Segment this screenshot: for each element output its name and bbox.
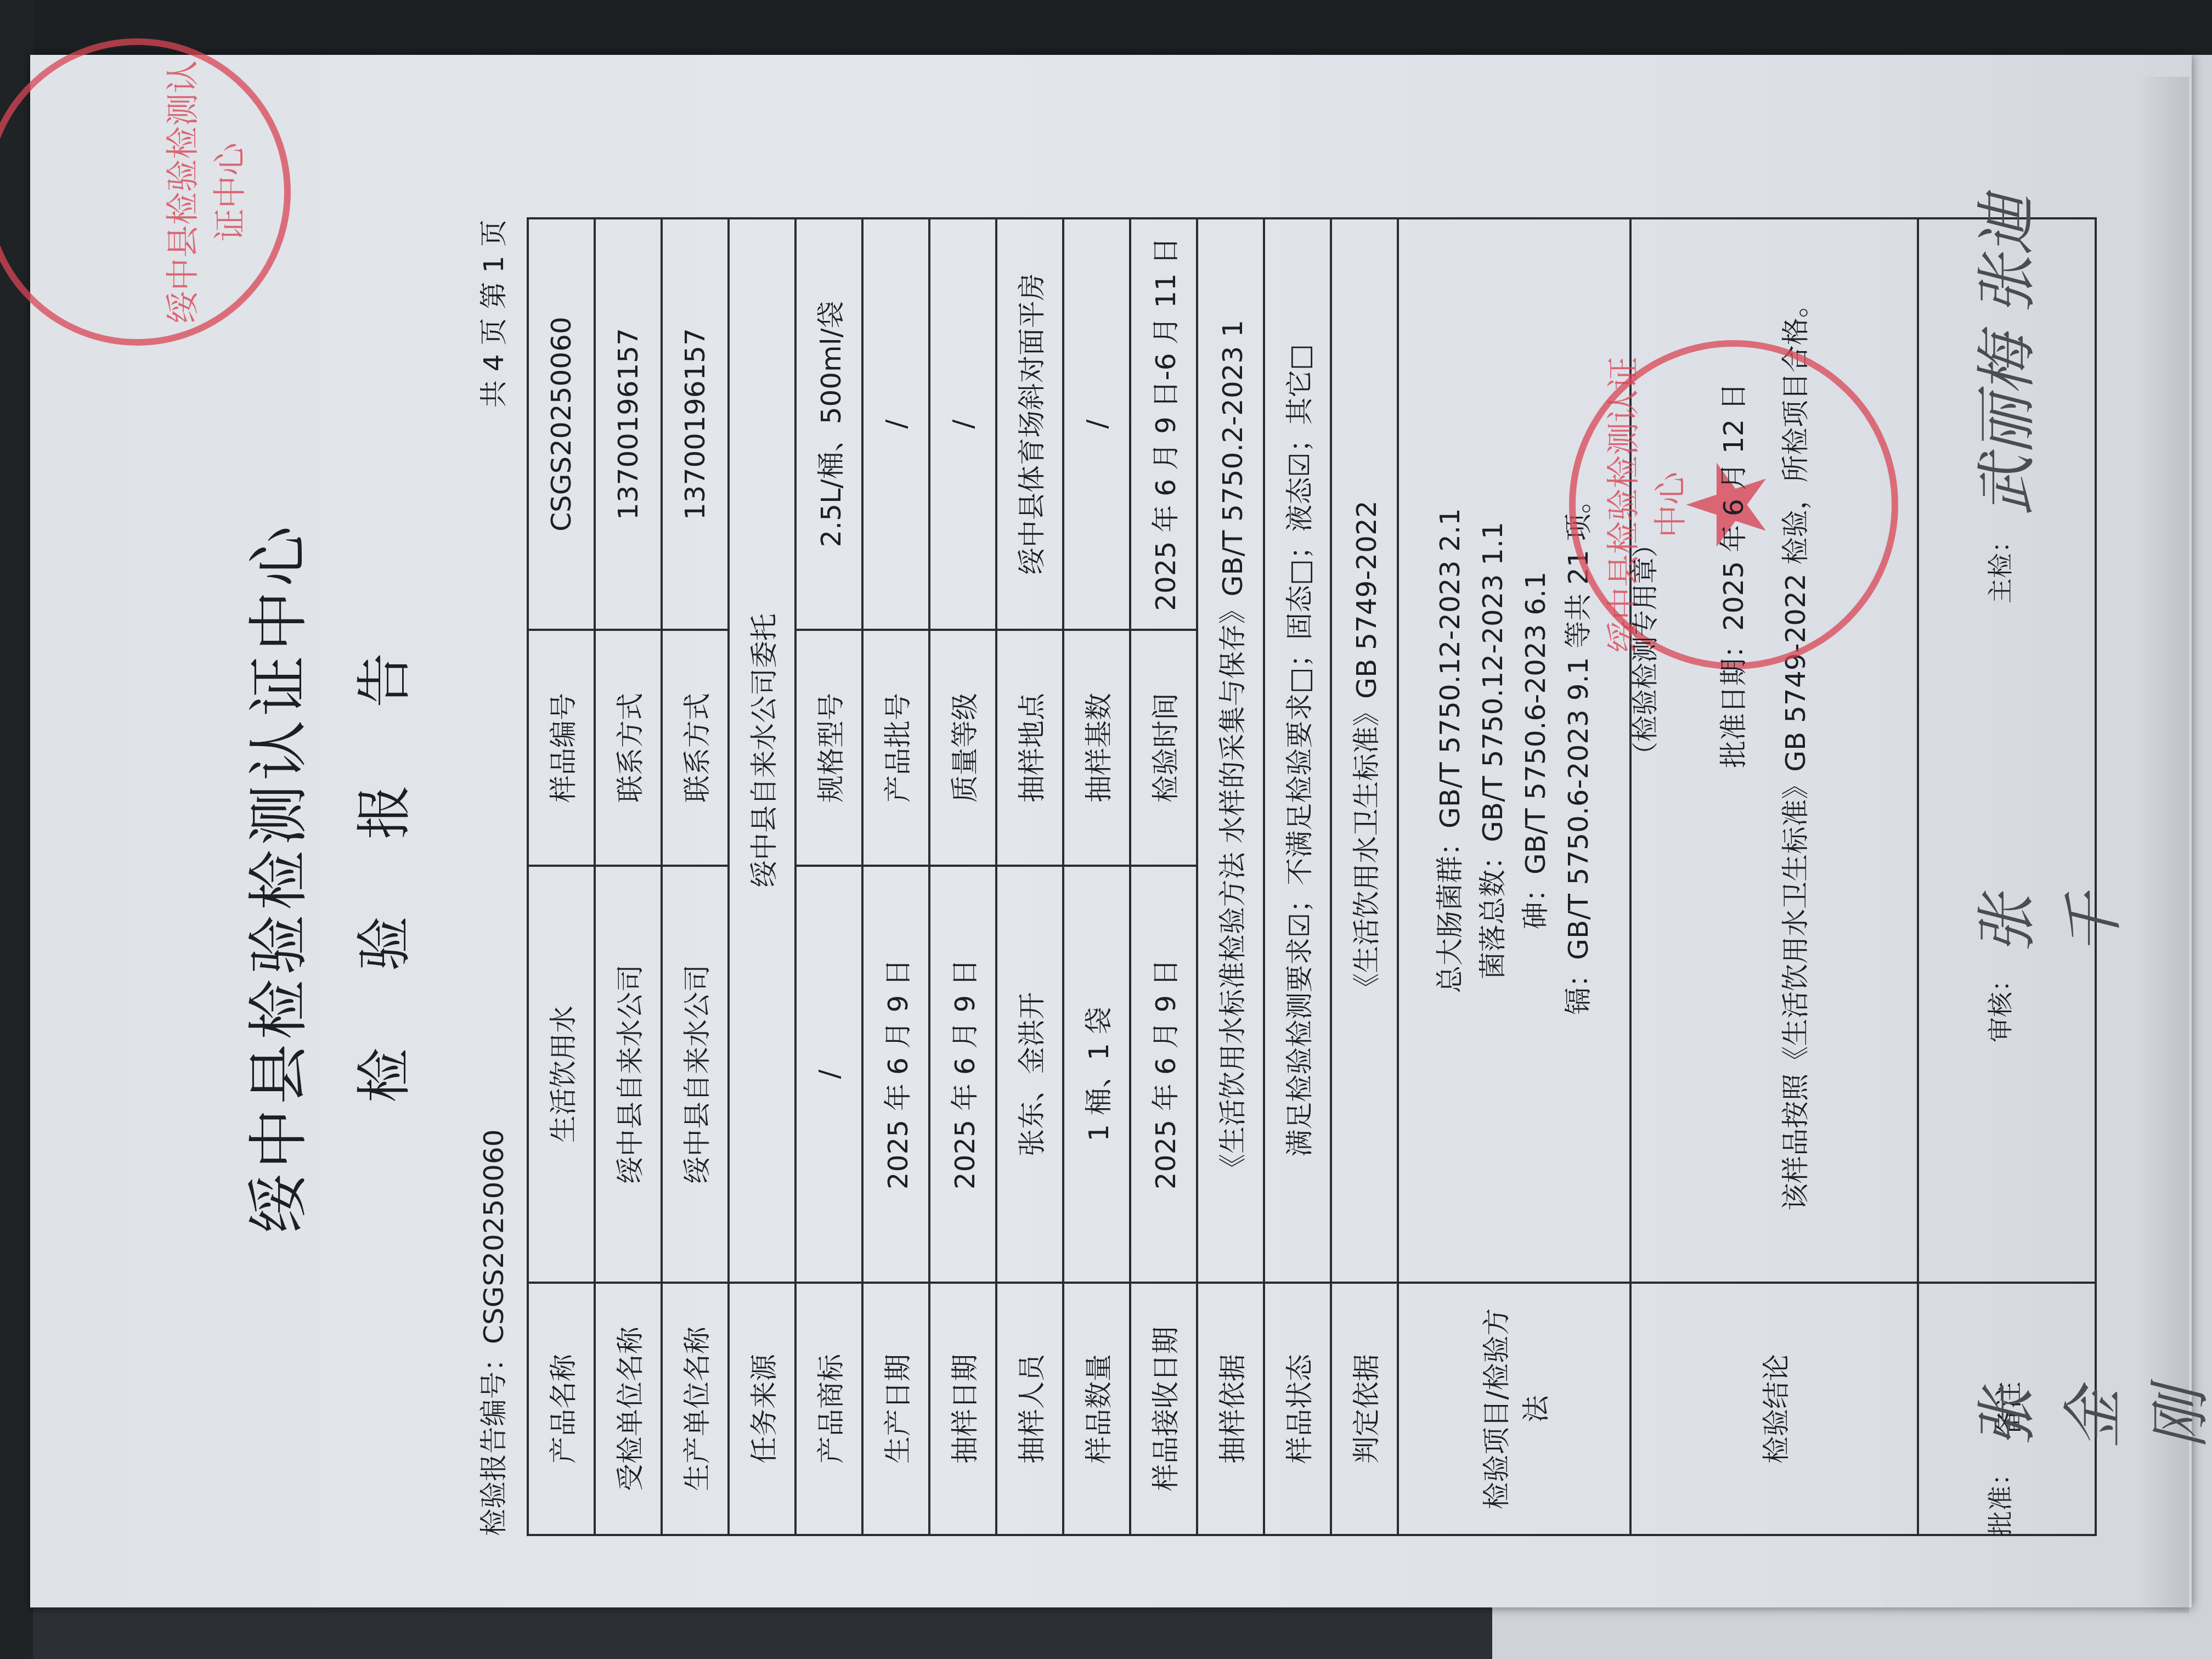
spec: 2.5L/桶、500ml/袋 (795, 218, 862, 630)
table-row: 生产日期 2025 年 6 月 9 日 产品批号 / (862, 218, 929, 1535)
table-row: 样品数量 1 桶、1 袋 抽样基数 / (1063, 218, 1130, 1535)
organization-name: 绥中县检验检测认证中心 (230, 176, 317, 1580)
table-row: 样品状态 满足检验检测要求☑；不满足检验要求□；固态□；液态☑；其它□ (1264, 218, 1331, 1535)
inspected-unit: 绥中县自来水公司 (595, 866, 662, 1283)
table-row: 生产单位名称 绥中县自来水公司 联系方式 13700196157 (662, 218, 729, 1535)
product-name: 生活饮用水 (528, 866, 595, 1283)
brand: / (795, 866, 862, 1283)
quality-grade: / (929, 218, 996, 630)
report-number: 检验报告编号：CSGS20250060 (472, 1129, 511, 1536)
sampling-basis: 《生活饮用水标准检验方法 水样的采集与保存》GB/T 5750.2-2023 1 (1197, 218, 1264, 1283)
report-title: 检验报告 (340, 176, 419, 1580)
page-info: 共 4 页 第 1 页 (472, 219, 511, 408)
table-row: 抽样日期 2025 年 6 月 9 日 质量等级 / (929, 218, 996, 1535)
task-source: 绥中县自来水公司委托 (729, 218, 795, 1283)
page-fold-shadow (2140, 77, 2189, 1613)
sample-state: 满足检验检测要求☑；不满足检验要求□；固态□；液态☑；其它□ (1264, 218, 1331, 1283)
test-items: 总大肠菌群：GB/T 5750.12-2023 2.1 菌落总数：GB/T 57… (1398, 218, 1630, 1283)
inspector-signature: 主检： 武丽梅 张迪 (1980, 528, 2017, 603)
batch-number: / (862, 218, 929, 630)
approve-signature: 批准： 张金刚 (1980, 1460, 2017, 1536)
table-row: 样品接收日期 2025 年 6 月 9 日 检验时间 2025 年 6 月 9 … (1130, 218, 1197, 1535)
sampler: 张东、金洪开 (996, 866, 1063, 1283)
test-period: 2025 年 6 月 9 日-6 月 11 日 (1130, 218, 1197, 630)
sampling-site: 绥中县体育场斜对面平房 (996, 218, 1063, 630)
signature-row: 批准： 张金刚 审核： 张千 主检： 武丽梅 张迪 (1980, 219, 2068, 1536)
inspection-report: 绥中县检验检测认证中心 绥中县检验检测认证中心 检验报告 检验报告编号：CSGS… (165, 176, 2096, 1580)
approval-date: 批准日期：2025 年 6 月 12 日 (1712, 383, 1751, 768)
table-row: 抽样依据 《生活饮用水标准检验方法 水样的采集与保存》GB/T 5750.2-2… (1197, 218, 1264, 1535)
producer: 绥中县自来水公司 (662, 866, 729, 1283)
sampling-date: 2025 年 6 月 9 日 (929, 866, 996, 1283)
table-row: 任务来源 绥中县自来水公司委托 (729, 218, 795, 1535)
table-row: 判定依据 《生活饮用水卫生标准》GB 5749-2022 (1331, 218, 1398, 1535)
inspected-contact: 13700196157 (595, 218, 662, 630)
table-row: 产品名称 生活饮用水 样品编号 CSGS20250060 (528, 218, 595, 1535)
table-row: 抽样人员 张东、金洪开 抽样地点 绥中县体育场斜对面平房 (996, 218, 1063, 1535)
sample-number: CSGS20250060 (528, 218, 595, 630)
review-signature: 审核： 张千 (1980, 967, 2017, 1042)
table-row: 受检单位名称 绥中县自来水公司 联系方式 13700196157 (595, 218, 662, 1535)
sample-quantity: 1 桶、1 袋 (1063, 866, 1130, 1283)
receipt-date: 2025 年 6 月 9 日 (1130, 866, 1197, 1283)
production-date: 2025 年 6 月 9 日 (862, 866, 929, 1283)
report-meta: 检验报告编号：CSGS20250060 共 4 页 第 1 页 (472, 219, 516, 1536)
seal-note: （检验检测专用章） (1624, 531, 1662, 768)
sampling-base: / (1063, 218, 1130, 630)
judgment-basis: 《生活饮用水卫生标准》GB 5749-2022 (1331, 218, 1398, 1283)
table-row: 产品商标 / 规格型号 2.5L/桶、500ml/袋 (795, 218, 862, 1535)
producer-contact: 13700196157 (662, 218, 729, 630)
